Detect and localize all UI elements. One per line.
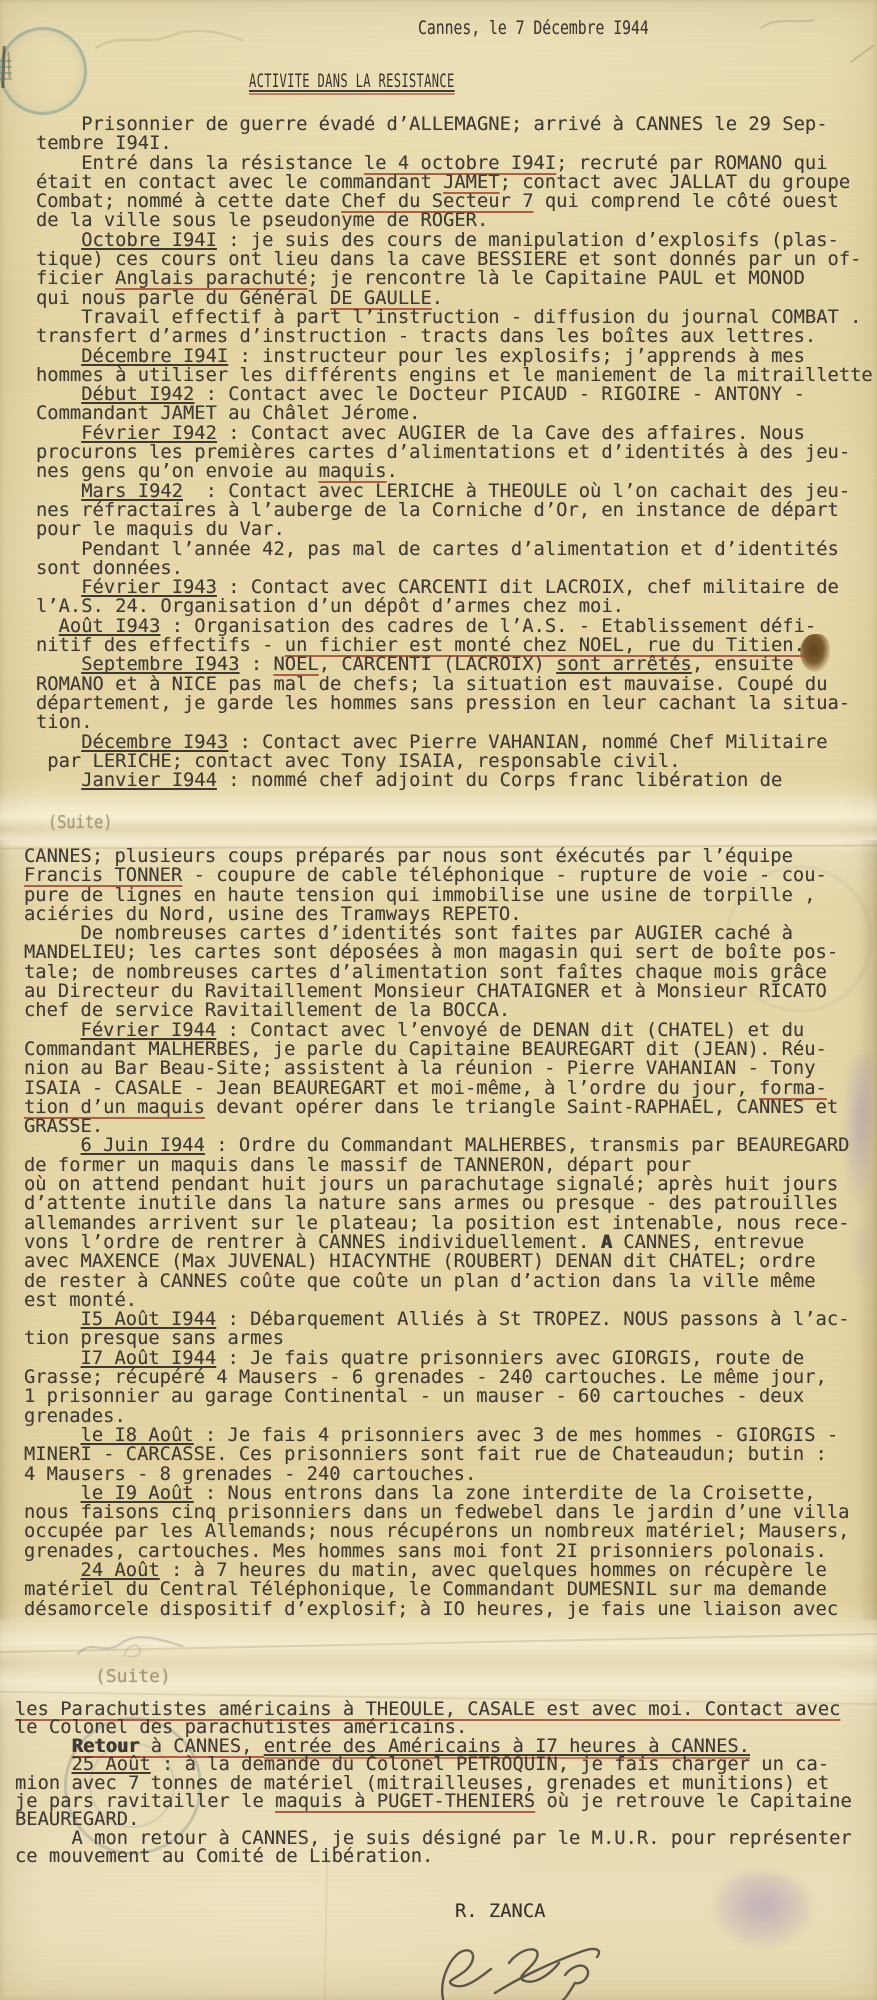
text-line: ROMANO et à NICE pas mal de chefs; la si… bbox=[36, 675, 873, 694]
text-line: Octobre I94I : je suis des cours de mani… bbox=[36, 231, 873, 250]
text-line: Décembre I94I : instructeur pour les exp… bbox=[36, 347, 873, 366]
text-line: par LERICHE; contact avec Tony ISAIA, re… bbox=[36, 752, 873, 771]
text-line: nes gens qu’on envoie au maquis. bbox=[36, 462, 873, 481]
text-line: d’attente inutile dans la nature sans ar… bbox=[24, 1194, 849, 1213]
purple-ink-smudge-right-2 bbox=[852, 1215, 870, 1285]
text-line: procurons les premières cartes d’aliment… bbox=[36, 443, 873, 462]
document-sheet: Cannes, le 7 Décembre I944 ACTIVITE DANS… bbox=[0, 0, 877, 2000]
text-line: Commandant MALHERBES, je parle du Capita… bbox=[24, 1040, 849, 1059]
text-line: Entré dans la résistance le 4 octobre I9… bbox=[36, 154, 873, 173]
text-line: était en contact avec le commandant JAME… bbox=[36, 173, 873, 192]
text-line: qui nous parle du Général DE GAULLE. bbox=[36, 289, 873, 308]
text-line: le I8 Août : Je fais 4 prisonniers avec … bbox=[24, 1426, 849, 1445]
text-line: GRASSE. bbox=[24, 1117, 849, 1136]
text-line: ISAIA - CASALE - Jean BEAUREGART et moi-… bbox=[24, 1079, 849, 1098]
text-line: ficier Anglais parachuté; je rencontre l… bbox=[36, 269, 873, 288]
text-line: où on attend pendant huit jours un parac… bbox=[24, 1175, 849, 1194]
text-line: au Directeur du Ravitaillement Monsieur … bbox=[24, 982, 849, 1001]
text-line: 24 Août : à 7 heures du matin, avec quel… bbox=[24, 1561, 849, 1580]
text-line: de rester à CANNES coûte que coûte un pl… bbox=[24, 1272, 849, 1291]
text-line: tembre I94I. bbox=[36, 134, 873, 153]
text-line: département, je garde les hommes sans pr… bbox=[36, 694, 873, 713]
text-line: pour le maquis du Var. bbox=[36, 520, 873, 539]
text-line: Février I943 : Contact avec CARCENTI dit… bbox=[36, 578, 873, 597]
vertical-crease bbox=[324, 1850, 329, 2000]
text-line: Mars I942 : Contact avec LERICHE à THEOU… bbox=[36, 482, 873, 501]
suite-watermark-2: (Suite) bbox=[95, 1666, 171, 1687]
text-line: avec MAXENCE (Max JUVENAL) HIACYNTHE (RO… bbox=[24, 1252, 849, 1271]
document-title-text: ACTIVITE DANS LA RESISTANCE bbox=[249, 71, 455, 95]
round-stamp-top-left bbox=[0, 21, 93, 120]
signature-name: R. ZANCA bbox=[455, 1901, 545, 1922]
text-line: chef de service Ravitaillement de la BOC… bbox=[24, 1001, 849, 1020]
text-line: MANDELIEU; les cartes sont déposées à mo… bbox=[24, 943, 849, 962]
text-line: tion. bbox=[36, 713, 873, 732]
page2-left-edge-shadow bbox=[0, 840, 12, 1620]
date-line: Cannes, le 7 Décembre I944 bbox=[418, 18, 649, 39]
text-line: je pars ravitailler le maquis à PUGET-TH… bbox=[15, 1793, 852, 1811]
text-line: 1 prisonnier au garage Continental - un … bbox=[24, 1387, 849, 1406]
text-line: transfert d’armes d’instruction - tracts… bbox=[36, 327, 873, 346]
text-line: Prisonnier de guerre évadé d’ALLEMAGNE; … bbox=[36, 115, 873, 134]
text-line: nous faisons cinq prisonniers dans un fe… bbox=[24, 1503, 849, 1522]
text-line: 6 Juin I944 : Ordre du Commandant MALHER… bbox=[24, 1136, 849, 1155]
text-line: tion d’un maquis devant opérer dans le t… bbox=[24, 1098, 849, 1117]
text-line: MINERI - CARCASSE. Ces prisonniers sont … bbox=[24, 1445, 849, 1464]
text-line: Début I942 : Contact avec le Docteur PIC… bbox=[36, 385, 873, 404]
page-3-text: les Parachutistes américains à THEOULE, … bbox=[15, 1701, 852, 1867]
text-line: désamorcele dispositif d’explosif; à IO … bbox=[24, 1600, 849, 1619]
text-line: Combat; nommé à cette date Chef du Secte… bbox=[36, 192, 873, 211]
text-line: vons l’ordre de rentrer à CANNES individ… bbox=[24, 1233, 849, 1252]
text-line: nes réfractaires à l’auberge de la Corni… bbox=[36, 501, 873, 520]
text-line: nitif des effectifs - un fichier est mon… bbox=[36, 636, 873, 655]
text-line: l’A.S. 24. Organisation d’un dépôt d’arm… bbox=[36, 597, 873, 616]
stamp-text-fragment bbox=[0, 56, 12, 80]
text-line: de former un maquis dans le massif de TA… bbox=[24, 1156, 849, 1175]
text-line: allemandes arrivent sur le plateau; la p… bbox=[24, 1214, 849, 1233]
text-line: tique) ces cours ont lieu dans la cave B… bbox=[36, 250, 873, 269]
text-line: Commandant JAMET au Châlet Jérome. bbox=[36, 404, 873, 423]
text-line: CANNES; plusieurs coups préparés par nou… bbox=[24, 847, 849, 866]
text-line: I5 Août I944 : Débarquement Alliés à St … bbox=[24, 1310, 849, 1329]
page-1-text: Prisonnier de guerre évadé d’ALLEMAGNE; … bbox=[36, 115, 873, 790]
text-line: Janvier I944 : nommé chef adjoint du Cor… bbox=[36, 771, 873, 790]
purple-ink-smudge-bottom bbox=[713, 1872, 813, 1947]
text-line: grenades, cartouches. Mes hommes sans mo… bbox=[24, 1542, 849, 1561]
text-line: est monté. bbox=[24, 1291, 849, 1310]
text-line: De nombreuses cartes d’identités sont fa… bbox=[24, 924, 849, 943]
faint-handwriting-seam2 bbox=[70, 1630, 200, 1664]
text-line: Pendant l’année 42, pas mal de cartes d’… bbox=[36, 540, 873, 559]
text-line: aciéries du Nord, usine des Tramways REP… bbox=[24, 905, 849, 924]
text-line: de la ville sous le pseudonyme de ROGER. bbox=[36, 211, 873, 230]
text-line: tion presque sans armes bbox=[24, 1329, 849, 1348]
document-title: ACTIVITE DANS LA RESISTANCE bbox=[249, 71, 455, 95]
text-line: tale; de nombreuses cartes d’alimentatio… bbox=[24, 963, 849, 982]
faint-pencil-mark-top-right bbox=[755, 8, 877, 70]
text-line: matériel du Central Téléphonique, le Com… bbox=[24, 1580, 849, 1599]
text-line: Février I944 : Contact avec l’envoyé de … bbox=[24, 1021, 849, 1040]
text-line: occupée par les Allemands; nous récupéro… bbox=[24, 1522, 849, 1541]
suite-watermark-1: (Suite) bbox=[48, 812, 112, 833]
text-line: Francis TONNER - coupure de cable téléph… bbox=[24, 866, 849, 885]
text-line: pure de lignes en haute tension qui immo… bbox=[24, 886, 849, 905]
text-line: ce mouvement au Comité de Libération. bbox=[15, 1848, 852, 1866]
text-line: Août I943 : Organisation des cadres de l… bbox=[36, 617, 873, 636]
text-line: Décembre I943 : Contact avec Pierre VAHA… bbox=[36, 733, 873, 752]
text-line: le I9 Août : Nous entrons dans la zone i… bbox=[24, 1484, 849, 1503]
text-line: hommes à utiliser les différents engins … bbox=[36, 366, 873, 385]
text-line: sont données. bbox=[36, 559, 873, 578]
text-line: nion au Bar Beau-Site; assistent à la ré… bbox=[24, 1059, 849, 1078]
text-line: 4 Mausers - 8 grenades - 240 cartouches. bbox=[24, 1465, 849, 1484]
text-line: Septembre I943 : NOEL, CARCENTI (LACROIX… bbox=[36, 655, 873, 674]
text-line: grenades. bbox=[24, 1407, 849, 1426]
text-line: Travail effectif à part l’instruction - … bbox=[36, 308, 873, 327]
signature-handwritten bbox=[425, 1941, 635, 2000]
text-line: Février I942 : Contact avec AUGIER de la… bbox=[36, 424, 873, 443]
text-line: Grasse; récupéré 4 Mausers - 6 grenades … bbox=[24, 1368, 849, 1387]
faint-pencil-squiggle-top bbox=[90, 22, 250, 62]
text-line: I7 Août I944 : Je fais quatre prisonnier… bbox=[24, 1349, 849, 1368]
page-2-text: CANNES; plusieurs coups préparés par nou… bbox=[24, 847, 849, 1619]
